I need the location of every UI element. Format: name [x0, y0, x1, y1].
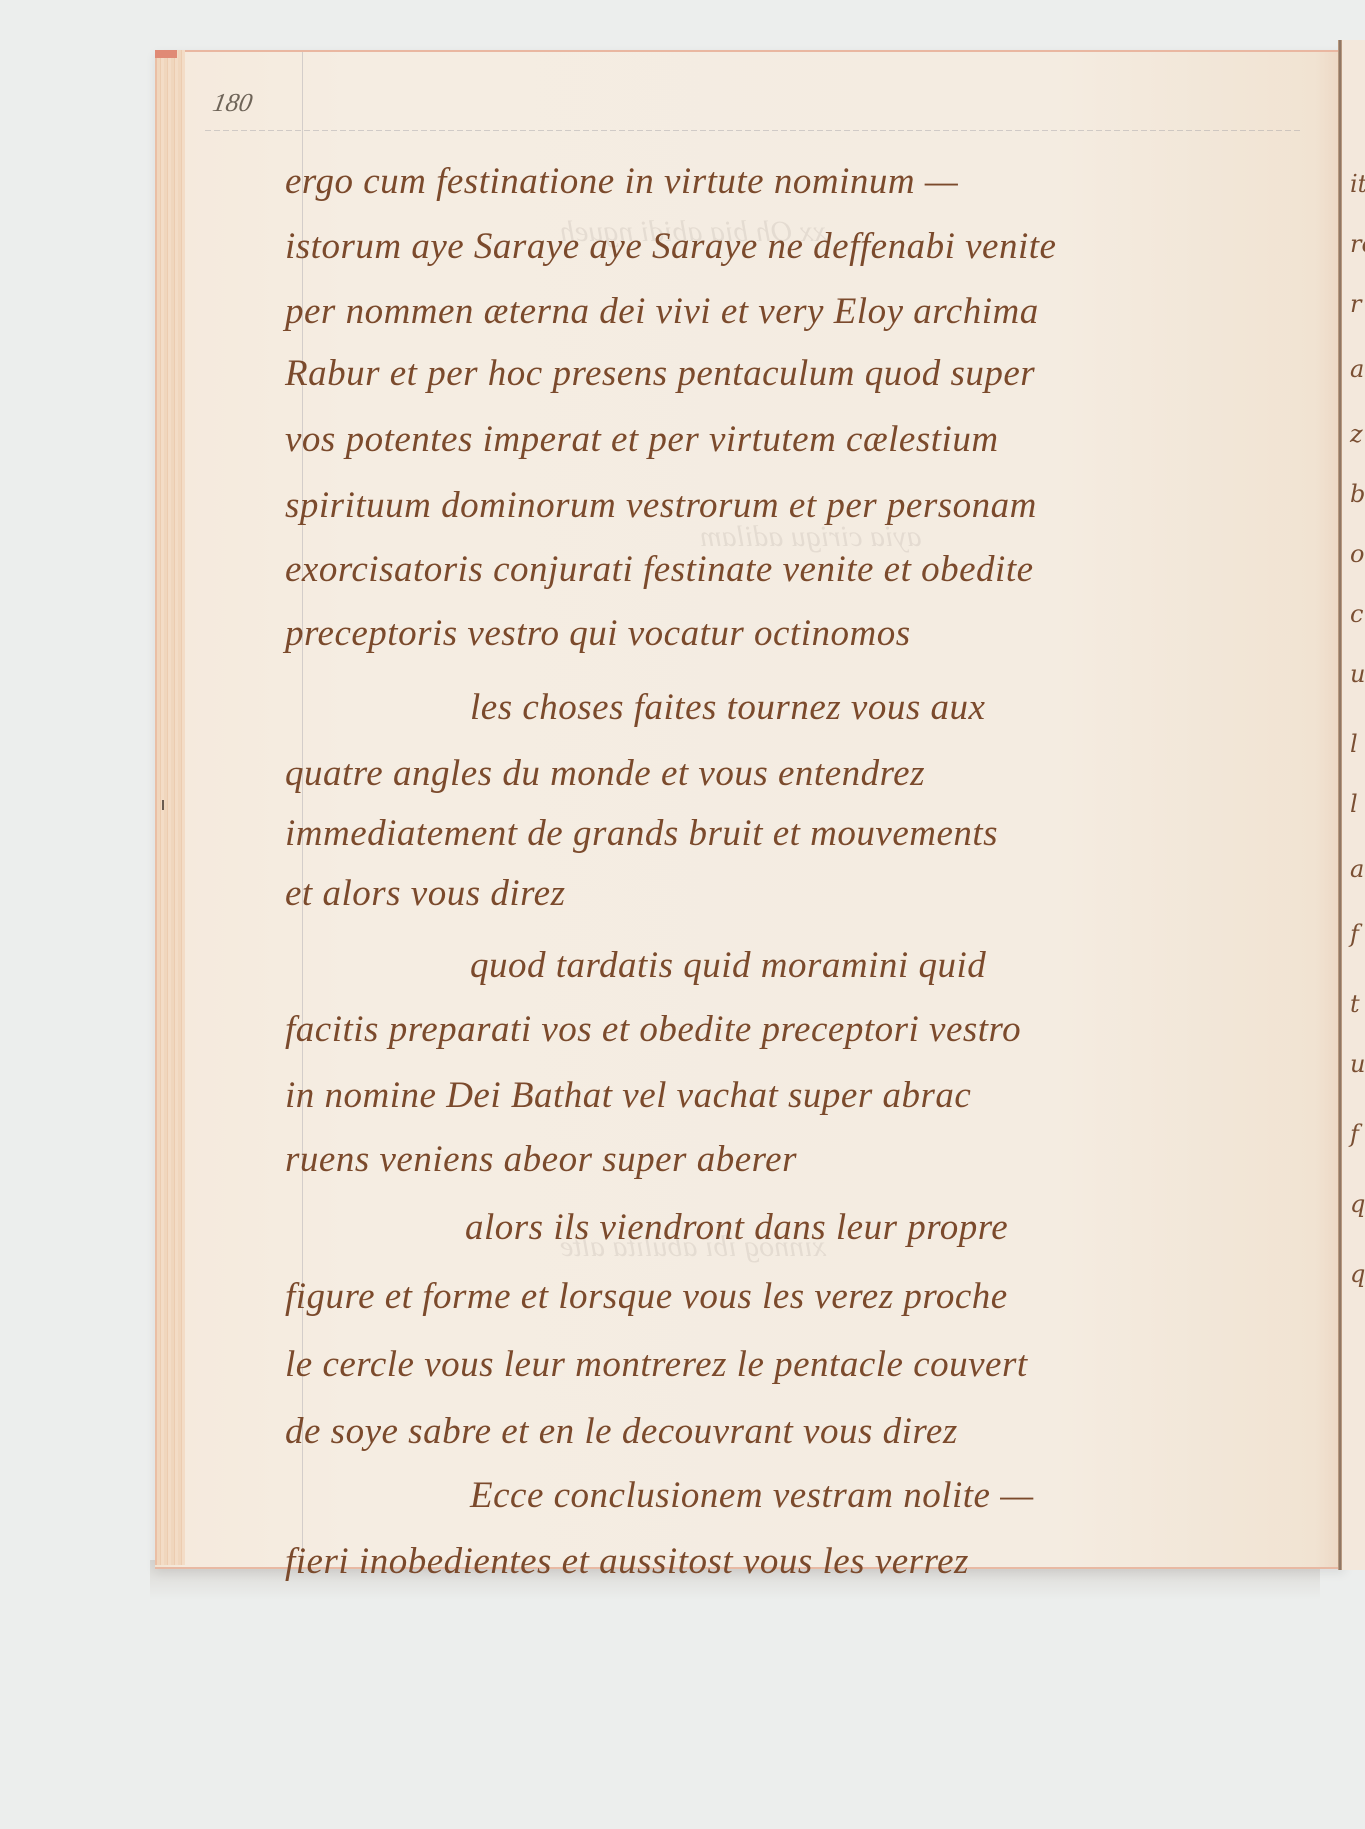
text-line: immediatement de grands bruit et mouveme…	[285, 812, 998, 855]
red-corner-mark	[155, 50, 177, 58]
margin-rule-vertical	[302, 52, 303, 1562]
facing-page-letter: f	[1350, 1120, 1359, 1148]
facing-page-letter: c	[1350, 600, 1363, 628]
facing-page-letter: a	[1350, 855, 1364, 883]
text-line: fieri inobedientes et aussitost vous les…	[285, 1540, 969, 1583]
margin-mark	[162, 800, 164, 810]
text-line: exorcisatoris conjurati festinate venite…	[285, 548, 1034, 591]
text-line: le cercle vous leur montrerez le pentacl…	[285, 1343, 1028, 1386]
text-line: alors ils viendront dans leur propre	[465, 1206, 1008, 1249]
text-line: quod tardatis quid moramini quid	[470, 944, 986, 987]
facing-page-letter: u	[1350, 660, 1365, 688]
text-line: spirituum dominorum vestrorum et per per…	[285, 484, 1037, 527]
text-line: istorum aye Saraye aye Saraye ne deffena…	[285, 225, 1056, 268]
facing-page-letter: ro	[1350, 230, 1365, 258]
text-line: preceptoris vestro qui vocatur octinomos	[285, 612, 911, 655]
text-line: quatre angles du monde et vous entendrez	[285, 752, 925, 795]
facing-page-letter: f	[1350, 920, 1359, 948]
facing-page-letter: q	[1350, 1190, 1365, 1218]
facing-page-letter: r	[1350, 290, 1361, 318]
text-line: ergo cum festinatione in virtute nominum…	[285, 160, 958, 203]
facing-page-letter: l	[1350, 730, 1358, 758]
facing-page-letter: z	[1350, 420, 1363, 448]
margin-rule-top	[205, 130, 1300, 131]
text-line: figure et forme et lorsque vous les vere…	[285, 1275, 1008, 1318]
text-line: et alors vous direz	[285, 872, 565, 915]
text-line: Rabur et per hoc presens pentaculum quod…	[285, 352, 1035, 395]
text-line: ruens veniens abeor super aberer	[285, 1138, 797, 1181]
facing-page-letter: b	[1350, 480, 1365, 508]
text-line: in nomine Dei Bathat vel vachat super ab…	[285, 1074, 971, 1117]
text-line: les choses faites tournez vous aux	[470, 686, 985, 729]
manuscript-page	[155, 50, 1345, 1569]
page-edge-stack	[155, 50, 185, 1565]
facing-page-letter: an	[1350, 355, 1365, 383]
facing-page-letter: t	[1350, 990, 1360, 1018]
facing-page-letter: u	[1350, 1050, 1365, 1078]
facing-page-letter: l	[1350, 790, 1358, 818]
facing-page-letter: ite	[1350, 170, 1365, 198]
text-line: facitis preparati vos et obedite precept…	[285, 1008, 1021, 1051]
text-line: de soye sabre et en le decouvrant vous d…	[285, 1410, 958, 1453]
text-line: per nommen æterna dei vivi et very Eloy …	[285, 290, 1039, 333]
folio-number: 180	[210, 88, 254, 118]
facing-page-letter: o	[1350, 540, 1364, 568]
text-line: Ecce conclusionem vestram nolite —	[470, 1474, 1034, 1517]
facing-page-letter: q	[1350, 1260, 1365, 1288]
text-line: vos potentes imperat et per virtutem cæl…	[285, 418, 999, 461]
